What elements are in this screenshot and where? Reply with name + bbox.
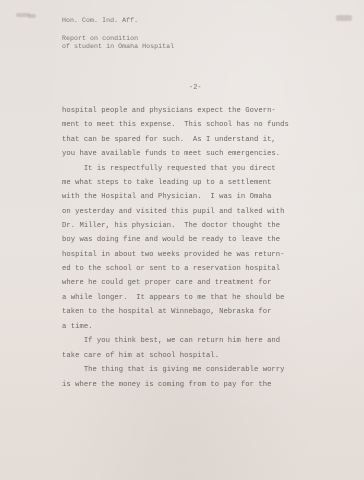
body-line: where he could get proper care and treat… <box>62 279 271 288</box>
body-line: ed to the school or sent to a reservatio… <box>62 265 280 274</box>
page-number: -2- <box>189 84 202 92</box>
body-line: you have available funds to meet such em… <box>62 150 280 159</box>
body-line: is where the money is coming from to pay… <box>62 381 271 390</box>
top-left-stamp-mark <box>28 14 36 18</box>
body-line: hospital in about two weeks provided he … <box>62 251 285 260</box>
body-line: that can be spared for such. As I unders… <box>62 136 276 145</box>
body-line: me what steps to take leading up to a se… <box>62 179 271 188</box>
top-right-stamp-mark <box>336 15 352 21</box>
body-line: a time. <box>62 323 93 332</box>
header-subject-line-2: of student in Omaha Hospital <box>62 42 174 51</box>
body-line: a while longer. It appears to me that he… <box>62 294 285 303</box>
body-line: with the Hospital and Physician. I was i… <box>62 193 271 202</box>
body-line: Dr. Miller, his physician. The doctor th… <box>62 222 280 231</box>
body-line: hospital people and physicians expect th… <box>62 107 276 116</box>
body-line: boy was doing fine and would be ready to… <box>62 236 280 245</box>
body-line: If you think best, we can return him her… <box>62 337 280 346</box>
body-line: The thing that is giving me considerable… <box>62 366 285 375</box>
body-line: It is respectfully requested that you di… <box>62 165 276 174</box>
header-addressee: Hon. Com. Ind. Aff. <box>62 16 138 25</box>
body-line: take care of him at school hospital. <box>62 352 219 361</box>
body-line: taken to the hospital at Winnebago, Nebr… <box>62 308 271 317</box>
body-line: ment to meet this expense. This school h… <box>62 121 289 130</box>
document-page: Hon. Com. Ind. Aff. Report on condition … <box>0 0 364 480</box>
body-line: on yesterday and visited this pupil and … <box>62 208 285 217</box>
